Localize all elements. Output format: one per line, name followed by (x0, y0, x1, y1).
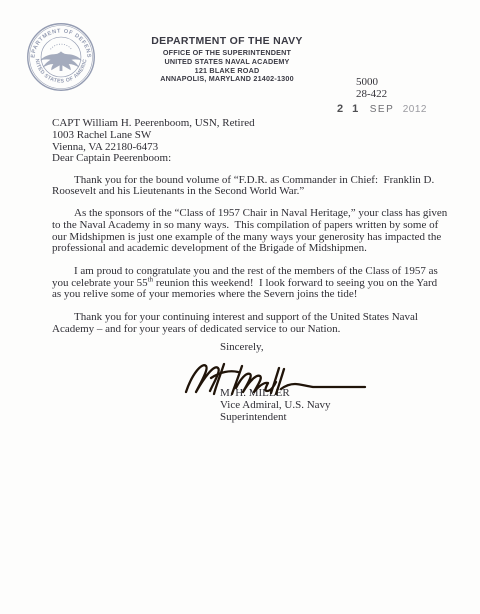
department-of-defense-seal-icon: DEPARTMENT OF DEFENSE UNITED STATES OF A… (25, 22, 97, 92)
scanned-letter-page: DEPARTMENT OF DEFENSE UNITED STATES OF A… (0, 0, 480, 614)
seal-ring-top-text: DEPARTMENT OF DEFENSE (25, 22, 92, 59)
handwritten-signature (178, 355, 373, 401)
seal-sunburst (51, 44, 72, 49)
signature-stroke (186, 364, 365, 394)
signer-role: Superintendent (220, 411, 448, 423)
letterhead: DEPARTMENT OF THE NAVY OFFICE OF THE SUP… (97, 35, 357, 84)
reference-block: 5000 28-422 (356, 76, 387, 100)
date-year: 2012 (403, 104, 427, 115)
letterhead-department: DEPARTMENT OF THE NAVY (97, 35, 357, 47)
date-stamp: 2 1 SEP 2012 (337, 99, 427, 117)
salutation: Dear Captain Peerenboom: (52, 153, 448, 165)
reference-ssic: 5000 (356, 76, 387, 88)
letterhead-city: ANNAPOLIS, MARYLAND 21402-1300 (97, 75, 357, 84)
recipient-name: CAPT William H. Peerenboom, USN, Retired (52, 117, 448, 129)
recipient-address: CAPT William H. Peerenboom, USN, Retired… (52, 117, 448, 153)
seal-eagle-icon (40, 51, 82, 71)
date-month: SEP (370, 104, 395, 115)
date-day: 2 1 (337, 103, 361, 115)
paragraph-1: Thank you for the bound volume of “F.D.R… (52, 175, 448, 198)
paragraph-4: Thank you for your continuing interest a… (52, 312, 448, 335)
svg-text:DEPARTMENT OF DEFENSE: DEPARTMENT OF DEFENSE (25, 22, 92, 59)
recipient-street: 1003 Rachel Lane SW (52, 129, 448, 141)
paragraph-3: I am proud to congratulate you and the r… (52, 266, 448, 301)
paragraph-2: As the sponsors of the “Class of 1957 Ch… (52, 208, 448, 255)
closing: Sincerely, (220, 342, 448, 354)
